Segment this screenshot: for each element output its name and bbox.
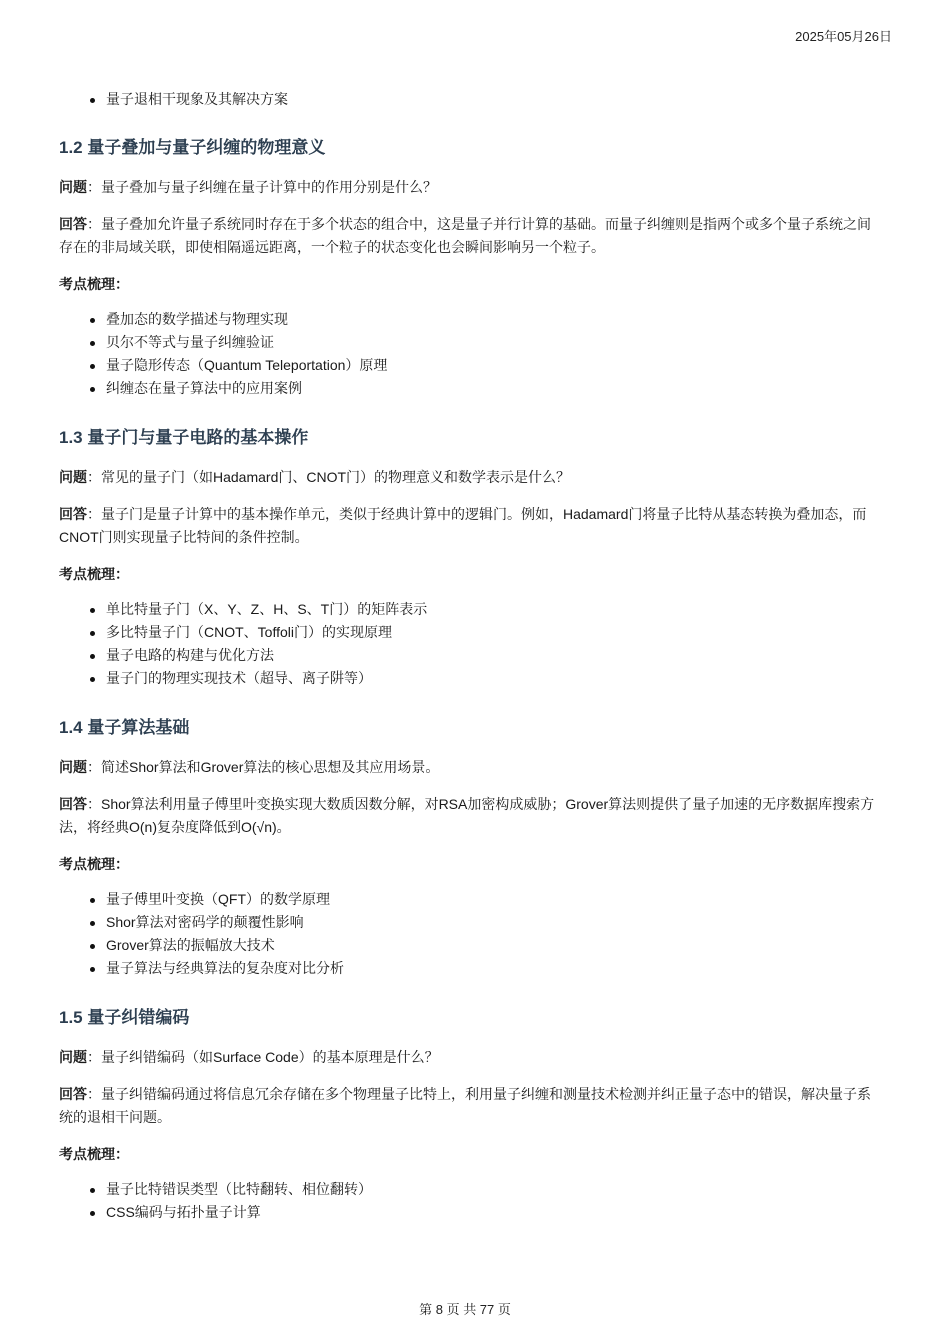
label-colon: ：: [87, 759, 101, 775]
list-item: 贝尔不等式与量子纠缠验证: [106, 331, 879, 354]
list-item: 量子算法与经典算法的复杂度对比分析: [106, 957, 879, 980]
continued-key-points-list: 量子退相干现象及其解决方案: [59, 88, 879, 111]
question-label: 问题: [59, 179, 87, 195]
list-item: CSS编码与拓扑量子计算: [106, 1201, 879, 1224]
label-colon: ：: [87, 506, 101, 522]
label-colon: ：: [87, 179, 101, 195]
key-points-list: 量子傅里叶变换（QFT）的数学原理 Shor算法对密码学的颠覆性影响 Grove…: [59, 888, 879, 980]
list-item: 量子门的物理实现技术（超导、离子阱等）: [106, 667, 879, 690]
question-text: 量子叠加与量子纠缠在量子计算中的作用分别是什么？: [101, 179, 437, 195]
page-date: 2025年05月26日: [795, 26, 892, 45]
answer-paragraph: 回答：量子叠加允许量子系统同时存在于多个状态的组合中，这是量子并行计算的基础。而…: [59, 213, 879, 259]
key-points-label: 考点梳理：: [59, 853, 879, 876]
answer-text: 量子门是量子计算中的基本操作单元，类似于经典计算中的逻辑门。例如，Hadamar…: [59, 506, 866, 545]
label-colon: ：: [87, 1049, 101, 1065]
label-colon: ：: [87, 216, 101, 232]
answer-text: 量子叠加允许量子系统同时存在于多个状态的组合中，这是量子并行计算的基础。而量子纠…: [59, 216, 871, 255]
answer-label: 回答: [59, 506, 87, 522]
section-heading: 1.5 量子纠错编码: [59, 1006, 879, 1030]
key-points-list: 叠加态的数学描述与物理实现 贝尔不等式与量子纠缠验证 量子隐形传态（Quantu…: [59, 308, 879, 400]
question-paragraph: 问题：常见的量子门（如Hadamard门、CNOT门）的物理意义和数学表示是什么…: [59, 466, 879, 489]
section-heading: 1.2 量子叠加与量子纠缠的物理意义: [59, 136, 879, 160]
question-label: 问题: [59, 469, 87, 485]
document-content: 量子退相干现象及其解决方案 1.2 量子叠加与量子纠缠的物理意义 问题：量子叠加…: [59, 88, 879, 1250]
question-text: 常见的量子门（如Hadamard门、CNOT门）的物理意义和数学表示是什么？: [101, 469, 570, 485]
key-points-list: 量子比特错误类型（比特翻转、相位翻转） CSS编码与拓扑量子计算: [59, 1178, 879, 1224]
section-1-5: 1.5 量子纠错编码 问题：量子纠错编码（如Surface Code）的基本原理…: [59, 1006, 879, 1224]
question-paragraph: 问题：量子叠加与量子纠缠在量子计算中的作用分别是什么？: [59, 176, 879, 199]
key-points-label: 考点梳理：: [59, 273, 879, 296]
label-colon: ：: [87, 796, 101, 812]
list-item: 量子退相干现象及其解决方案: [106, 88, 879, 111]
list-item: 单比特量子门（X、Y、Z、H、S、T门）的矩阵表示: [106, 598, 879, 621]
question-paragraph: 问题：量子纠错编码（如Surface Code）的基本原理是什么？: [59, 1046, 879, 1069]
list-item: 量子电路的构建与优化方法: [106, 644, 879, 667]
key-points-list: 单比特量子门（X、Y、Z、H、S、T门）的矩阵表示 多比特量子门（CNOT、To…: [59, 598, 879, 690]
section-heading: 1.4 量子算法基础: [59, 716, 879, 740]
list-item: 纠缠态在量子算法中的应用案例: [106, 377, 879, 400]
answer-paragraph: 回答：量子纠错编码通过将信息冗余存储在多个物理量子比特上，利用量子纠缠和测量技术…: [59, 1083, 879, 1129]
label-colon: ：: [87, 469, 101, 485]
list-item: 量子傅里叶变换（QFT）的数学原理: [106, 888, 879, 911]
list-item: Shor算法对密码学的颠覆性影响: [106, 911, 879, 934]
answer-text: 量子纠错编码通过将信息冗余存储在多个物理量子比特上，利用量子纠缠和测量技术检测并…: [59, 1086, 871, 1125]
section-1-3: 1.3 量子门与量子电路的基本操作 问题：常见的量子门（如Hadamard门、C…: [59, 426, 879, 690]
key-points-label: 考点梳理：: [59, 563, 879, 586]
list-item: 多比特量子门（CNOT、Toffoli门）的实现原理: [106, 621, 879, 644]
page-number-footer: 第 8 页 共 77 页: [0, 1299, 930, 1318]
label-colon: ：: [87, 1086, 101, 1102]
question-label: 问题: [59, 1049, 87, 1065]
answer-label: 回答: [59, 796, 87, 812]
section-heading: 1.3 量子门与量子电路的基本操作: [59, 426, 879, 450]
answer-paragraph: 回答：Shor算法利用量子傅里叶变换实现大数质因数分解，对RSA加密构成威胁；G…: [59, 793, 879, 839]
section-1-2: 1.2 量子叠加与量子纠缠的物理意义 问题：量子叠加与量子纠缠在量子计算中的作用…: [59, 136, 879, 400]
list-item: 叠加态的数学描述与物理实现: [106, 308, 879, 331]
key-points-label: 考点梳理：: [59, 1143, 879, 1166]
answer-paragraph: 回答：量子门是量子计算中的基本操作单元，类似于经典计算中的逻辑门。例如，Hada…: [59, 503, 879, 549]
section-1-4: 1.4 量子算法基础 问题：简述Shor算法和Grover算法的核心思想及其应用…: [59, 716, 879, 980]
question-paragraph: 问题：简述Shor算法和Grover算法的核心思想及其应用场景。: [59, 756, 879, 779]
question-label: 问题: [59, 759, 87, 775]
list-item: Grover算法的振幅放大技术: [106, 934, 879, 957]
list-item: 量子隐形传态（Quantum Teleportation）原理: [106, 354, 879, 377]
question-text: 简述Shor算法和Grover算法的核心思想及其应用场景。: [101, 759, 439, 775]
answer-label: 回答: [59, 1086, 87, 1102]
list-item: 量子比特错误类型（比特翻转、相位翻转）: [106, 1178, 879, 1201]
answer-text: Shor算法利用量子傅里叶变换实现大数质因数分解，对RSA加密构成威胁；Grov…: [59, 796, 874, 835]
answer-label: 回答: [59, 216, 87, 232]
question-text: 量子纠错编码（如Surface Code）的基本原理是什么？: [101, 1049, 439, 1065]
